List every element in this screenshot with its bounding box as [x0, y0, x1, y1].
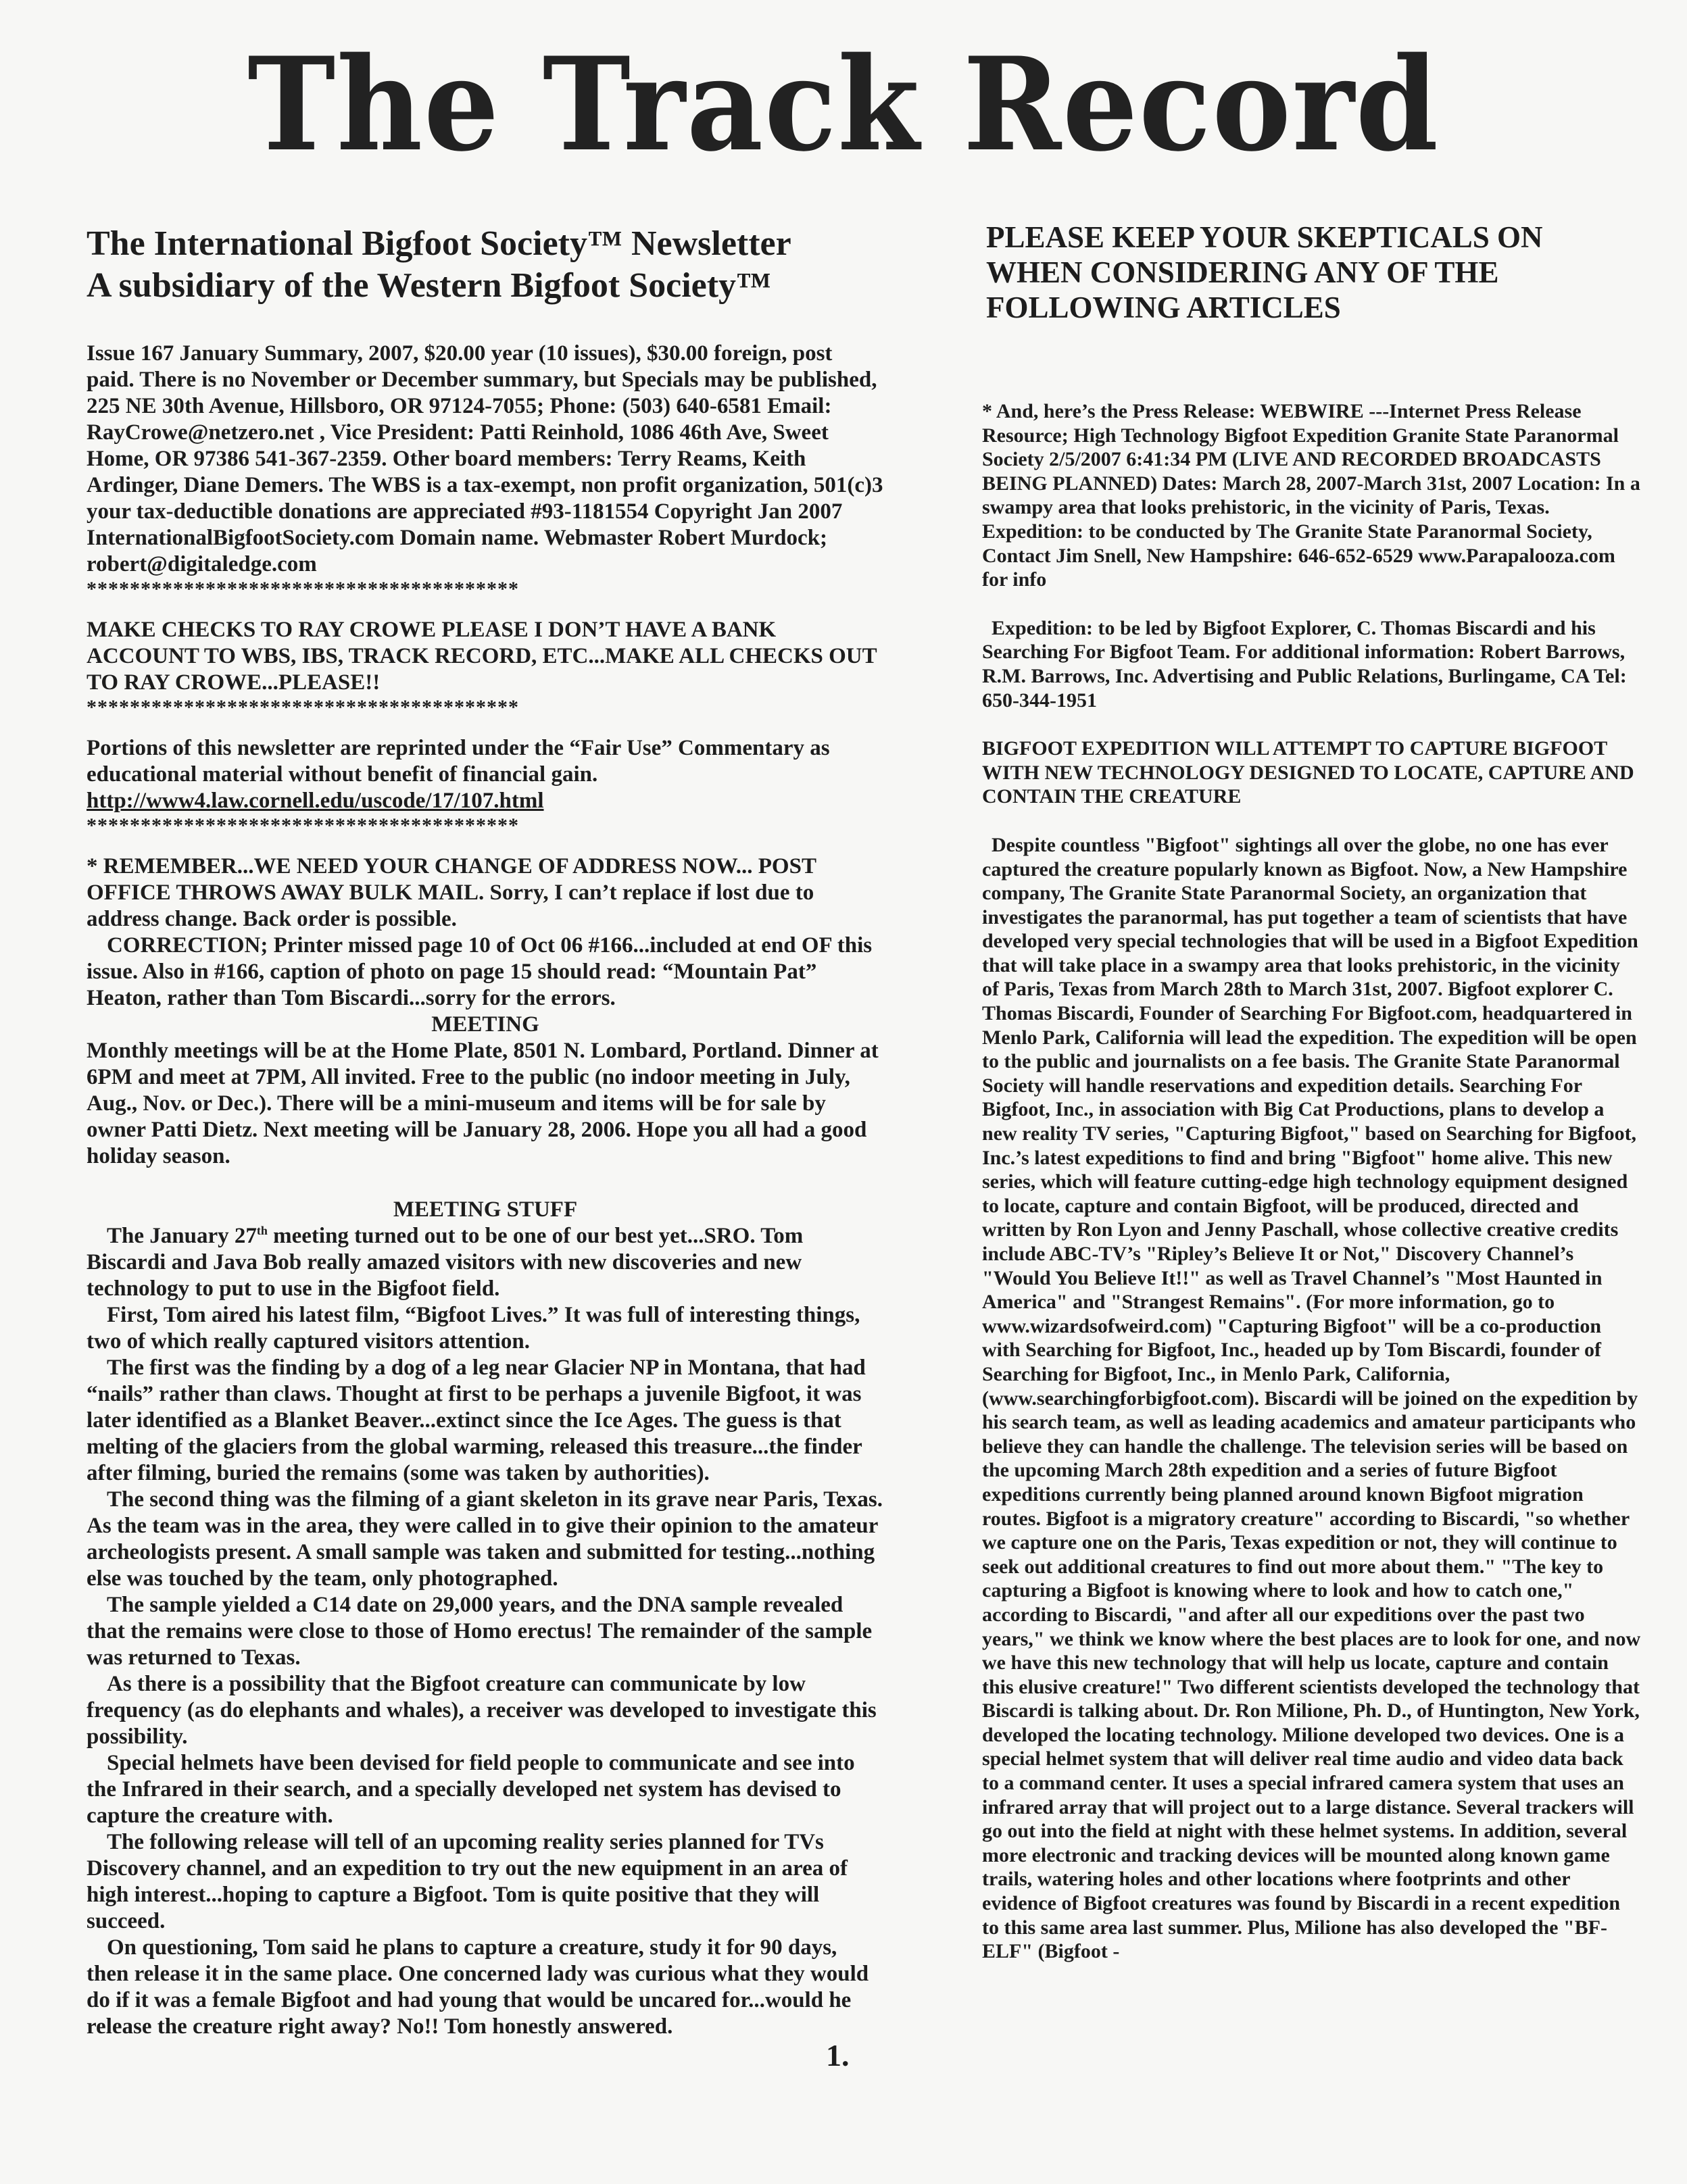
meeting-stuff-paragraph: The first was the finding by a dog of a …: [87, 1355, 884, 1487]
divider-stars: ****************************************: [87, 814, 884, 837]
meeting-heading: MEETING: [87, 1012, 884, 1038]
meeting-stuff-paragraph: On questioning, Tom said he plans to cap…: [87, 1935, 884, 2040]
fair-use-link[interactable]: http://www4.law.cornell.edu/uscode/17/10…: [87, 788, 884, 814]
correction-notice: CORRECTION; Printer missed page 10 of Oc…: [87, 933, 884, 1012]
meeting-text: Monthly meetings will be at the Home Pla…: [87, 1038, 884, 1170]
address-change-notice: * REMEMBER...WE NEED YOUR CHANGE OF ADDR…: [87, 853, 884, 933]
issue-info: Issue 167 January Summary, 2007, $20.00 …: [87, 341, 884, 578]
meeting-stuff-heading: MEETING STUFF: [87, 1197, 884, 1223]
newsletter-heading: The International Bigfoot Society™ Newsl…: [87, 223, 884, 307]
article-body: Despite countless "Bigfoot" sightings al…: [982, 833, 1641, 1964]
press-release-header: * And, here’s the Press Release: WEBWIRE…: [982, 399, 1641, 592]
meeting-stuff-paragraph: Special helmets have been devised for fi…: [87, 1750, 884, 1829]
right-column: PLEASE KEEP YOUR SKEPTICALS ON WHEN CONS…: [982, 220, 1641, 1964]
heading-line-2: A subsidiary of the Western Bigfoot Soci…: [87, 266, 771, 305]
skeptic-warning-heading: PLEASE KEEP YOUR SKEPTICALS ON WHEN CONS…: [986, 220, 1641, 325]
meeting-stuff-paragraph: The January 27th meeting turned out to b…: [87, 1223, 884, 1302]
checks-notice: MAKE CHECKS TO RAY CROWE PLEASE I DON’T …: [87, 617, 884, 696]
meeting-stuff-paragraph: The sample yielded a C14 date on 29,000 …: [87, 1592, 884, 1671]
meeting-stuff-paragraph: First, Tom aired his latest film, “Bigfo…: [87, 1302, 884, 1355]
divider-stars: ****************************************: [87, 578, 884, 601]
page-number: 1.: [826, 2037, 850, 2073]
fair-use-notice: Portions of this newsletter are reprinte…: [87, 735, 884, 788]
meeting-stuff-paragraph: The second thing was the filming of a gi…: [87, 1487, 884, 1592]
meeting-stuff-paragraph: As there is a possibility that the Bigfo…: [87, 1671, 884, 1750]
divider-stars: ****************************************: [87, 696, 884, 719]
expedition-contact-info: Expedition: to be led by Bigfoot Explore…: [982, 616, 1641, 712]
heading-line-1: The International Bigfoot Society™ Newsl…: [87, 224, 791, 263]
article-heading: BIGFOOT EXPEDITION WILL ATTEMPT TO CAPTU…: [982, 737, 1641, 809]
masthead-title: The Track Record: [68, 41, 1619, 169]
left-column: The International Bigfoot Society™ Newsl…: [87, 223, 884, 2040]
meeting-stuff-paragraph: The following release will tell of an up…: [87, 1829, 884, 1935]
